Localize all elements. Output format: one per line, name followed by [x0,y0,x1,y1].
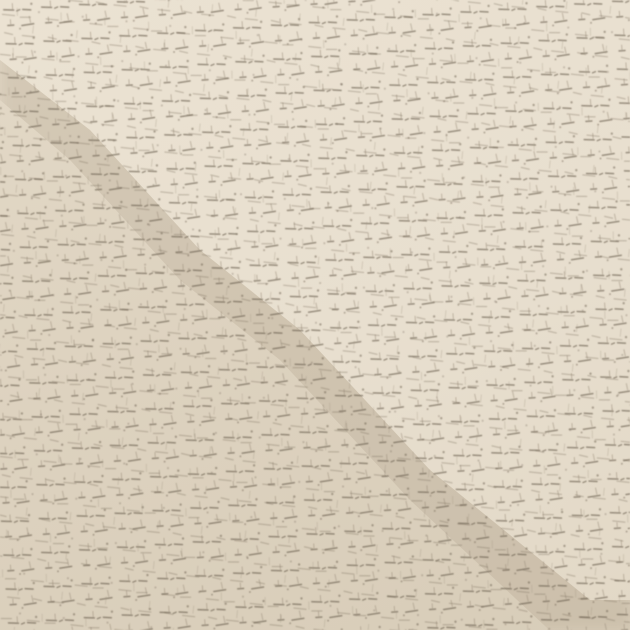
weave-texture [0,0,630,630]
fabric-photo: Close-up of cream chenille/boucle fabric… [0,0,630,630]
